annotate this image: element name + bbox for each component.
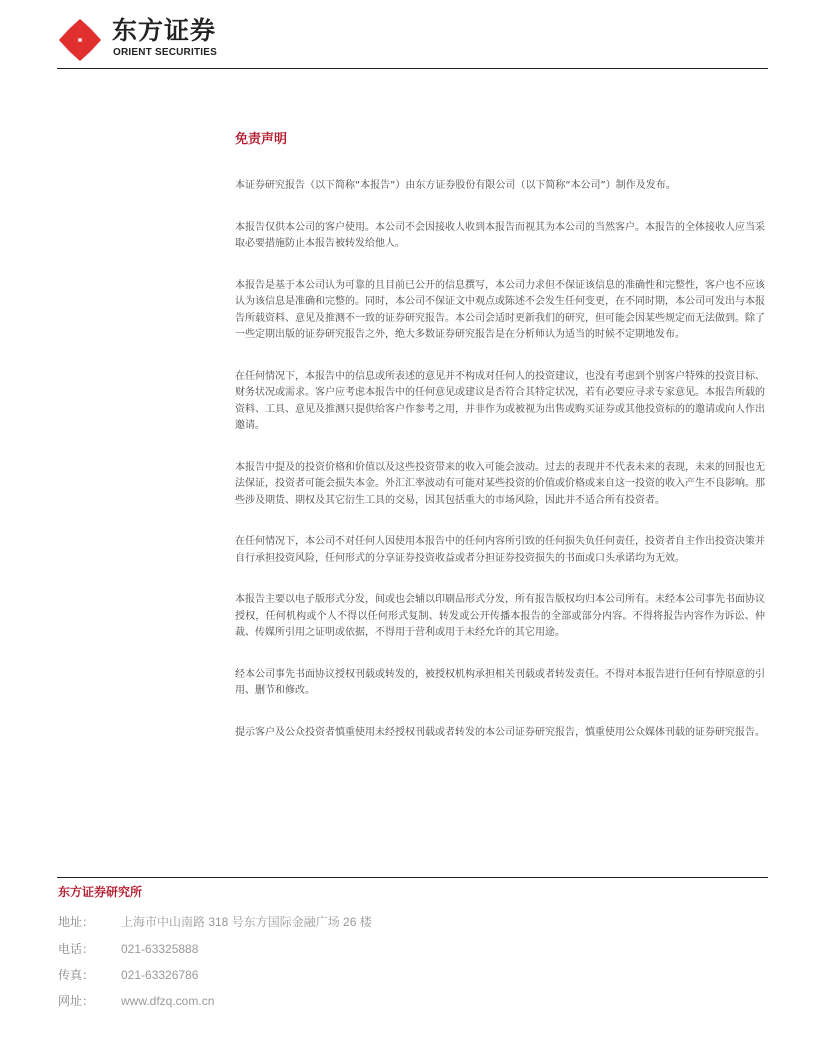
disclaimer-paragraph: 提示客户及公众投资者慎重使用未经授权刊载或者转发的本公司证券研究报告，慎重使用公… bbox=[235, 725, 765, 742]
disclaimer-paragraph: 在任何情况下，本报告中的信息或所表述的意见并不构成对任何人的投资建议，也没有考虑… bbox=[235, 369, 765, 435]
disclaimer-section: 免责声明 本证券研究报告（以下简称“本报告”）由东方证券股份有限公司（以下简称“… bbox=[235, 130, 765, 741]
phone-label: 电话： bbox=[58, 940, 121, 957]
logo-chinese-name: 东方证券 bbox=[112, 17, 216, 45]
disclaimer-paragraph: 本报告是基于本公司认为可靠的且目前已公开的信息撰写，本公司力求但不保证该信息的准… bbox=[235, 278, 765, 344]
address-value: 上海市中山南路 318 号东方国际金融广场 26 楼 bbox=[121, 915, 372, 929]
footer-fax-row: 传真：021-63326786 bbox=[58, 966, 198, 983]
logo-english-name: ORIENT SECURITIES bbox=[113, 47, 217, 59]
orient-securities-logo-icon bbox=[57, 17, 103, 63]
fax-label: 传真： bbox=[58, 966, 121, 983]
page-header: 东方证券 ORIENT SECURITIES bbox=[0, 0, 827, 70]
footer-website-row: 网址：www.dfzq.com.cn bbox=[58, 992, 214, 1009]
disclaimer-paragraph: 本报告主要以电子版形式分发，间或也会辅以印刷品形式分发，所有报告版权均归本公司所… bbox=[235, 592, 765, 642]
disclaimer-paragraph: 本证券研究报告（以下简称“本报告”）由东方证券股份有限公司（以下简称“本公司”）… bbox=[235, 178, 765, 195]
phone-value: 021-63325888 bbox=[121, 942, 198, 956]
footer-phone-row: 电话：021-63325888 bbox=[58, 940, 198, 957]
footer-address-row: 地址：上海市中山南路 318 号东方国际金融广场 26 楼 bbox=[58, 913, 372, 930]
disclaimer-paragraph: 本报告中提及的投资价格和价值以及这些投资带来的收入可能会波动。过去的表现并不代表… bbox=[235, 460, 765, 510]
header-divider bbox=[57, 68, 768, 69]
disclaimer-paragraph: 本报告仅供本公司的客户使用。本公司不会因接收人收到本报告而视其为本公司的当然客户… bbox=[235, 220, 765, 253]
fax-value: 021-63326786 bbox=[121, 968, 198, 982]
disclaimer-paragraph: 在任何情况下，本公司不对任何人因使用本报告中的任何内容所引致的任何损失负任何责任… bbox=[235, 534, 765, 567]
website-label: 网址： bbox=[58, 992, 121, 1009]
website-link[interactable]: www.dfzq.com.cn bbox=[121, 994, 214, 1008]
disclaimer-paragraph: 经本公司事先书面协议授权刊载或转发的，被授权机构承担相关刊载或者转发责任。不得对… bbox=[235, 667, 765, 700]
disclaimer-title: 免责声明 bbox=[235, 130, 765, 150]
footer-divider bbox=[57, 877, 768, 878]
footer-title: 东方证券研究所 bbox=[58, 883, 142, 900]
address-label: 地址： bbox=[58, 913, 121, 930]
